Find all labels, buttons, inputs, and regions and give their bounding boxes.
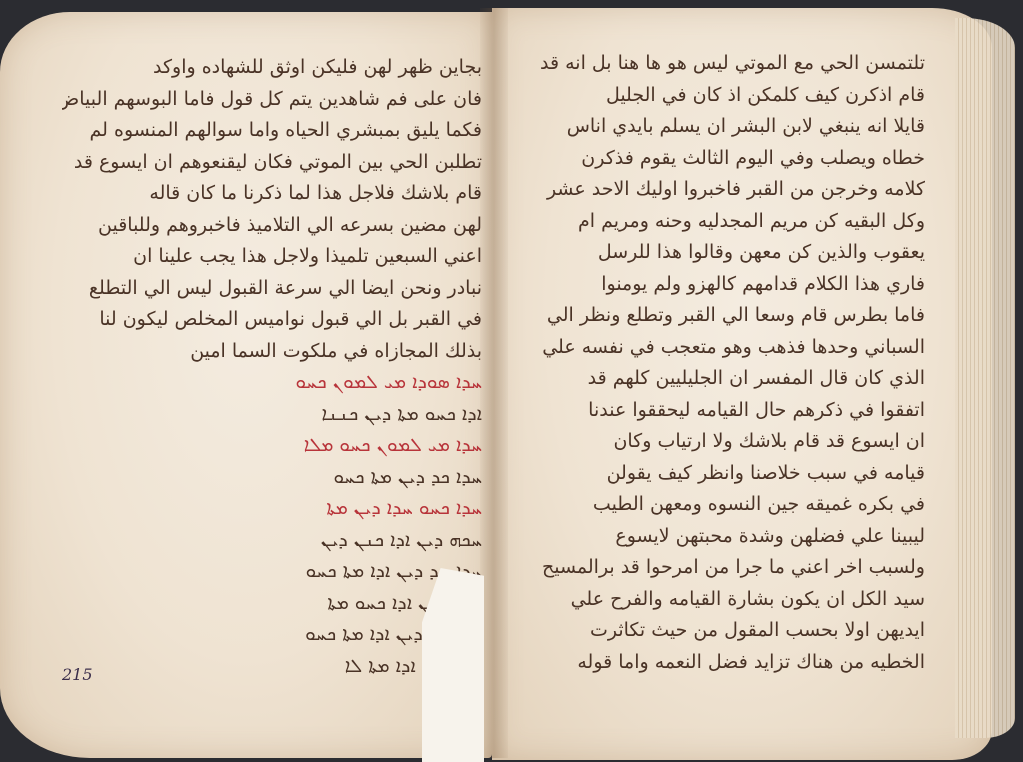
text-line: ܐܠܝ ܚܕ ܕܝܢ ܐܕܐ ܡܬܐ ܟܚܘ: [62, 619, 482, 651]
text-line: فاما بطرس قام وسعا الي القبر وتطلع ونظر …: [525, 300, 925, 332]
text-line: بذلك المجازاه في ملكوت السما امين: [62, 336, 482, 368]
text-line: قيامه في سبب خلاصنا وانظر كيف يقولن: [525, 458, 925, 490]
text-line: فاري هذا الكلام قدامهم كالهزو ولم يومنوا: [525, 269, 925, 301]
text-line: الذي كان قال المفسر ان الجليليين كلهم قد: [525, 363, 925, 395]
text-line: ܣܕܐ ܕܝܢ ܐܕܐ ܡܬܐ ܠܐ: [62, 651, 482, 683]
text-line: سيد الكل ان يكون بشارة القيامه والفرح عل…: [525, 584, 925, 616]
text-line: السباني وحدها فذهب وهو متعجب في نفسه علي: [525, 332, 925, 364]
text-line: قايلا انه ينبغي لابن البشر ان يسلم بايدي…: [525, 111, 925, 143]
text-line: ܐܕܐ ܟܚܘ ܡܬܐ ܕܝܢ ܟܢܢܐ: [62, 399, 482, 431]
text-line: ܚܕܐ ܡܝ ܠܡܘܢ ܟܚܘ ܡܠܐ: [62, 430, 482, 462]
text-line: فان على فم شاهدين يتم كل قول فاما البوسه…: [62, 84, 482, 116]
text-line: ايديهن اولا بحسب المقول من حيث تكاثرت: [525, 615, 925, 647]
text-line: بجاين ظهر لهن فليكن اوثق للشهاده واوكد: [62, 52, 482, 84]
manuscript-photo: بجاين ظهر لهن فليكن اوثق للشهاده واوكدفا…: [0, 0, 1023, 762]
text-line: تلتمسن الحي مع الموتي ليس هو ها هنا بل ا…: [525, 48, 925, 80]
text-line: تطلبن الحي بين الموتي فكان ليقنعوهم ان ا…: [62, 147, 482, 179]
text-line: يعقوب والذين كن معهن وقالوا هذا للرسل: [525, 237, 925, 269]
text-line: ܚܟܗ ܕܝܢ ܐܕܐ ܟܢܢ ܕܝܢ: [62, 525, 482, 557]
text-line: ܚܕܐ ܚܕ ܕܝܢ ܐܕܐ ܡܬܐ ܟܚܘ: [62, 556, 482, 588]
text-line: قام بلاشك فلاجل هذا لما ذكرنا ما كان قال…: [62, 178, 482, 210]
text-line: وكل البقيه كن مريم المجدليه وحنه ومريم ا…: [525, 206, 925, 238]
text-line: نبادر ونحن ايضا الي سرعة القبول ليس الي …: [62, 273, 482, 305]
text-line: الخطيه من هناك تزايد فضل النعمه واما قول…: [525, 647, 925, 679]
book-gutter: [480, 8, 508, 758]
text-line: ܚܕܐ ܟܚܘ ܚܕܐ ܕܝܢ ܡܬܐ: [62, 493, 482, 525]
left-page-text: بجاين ظهر لهن فليكن اوثق للشهاده واوكدفا…: [62, 52, 482, 682]
right-page-text: تلتمسن الحي مع الموتي ليس هو ها هنا بل ا…: [525, 48, 925, 678]
text-line: اعني السبعين تلميذا ولاجل هذا يجب علينا …: [62, 241, 482, 273]
text-line: خطاه ويصلب وفي اليوم الثالث يقوم فذكرن: [525, 143, 925, 175]
text-line: في القبر بل الي قبول نواميس المخلص ليكون…: [62, 304, 482, 336]
text-line: اتفقوا في ذكرهم حال القيامه ليحققوا عندن…: [525, 395, 925, 427]
text-line: في بكره غميقه جين النسوه ومعهن الطيب: [525, 489, 925, 521]
text-line: ولسبب اخر اعني ما جرا من امرحوا قد برالم…: [525, 552, 925, 584]
text-line: قام اذكرن كيف كلمكن اذ كان في الجليل: [525, 80, 925, 112]
paper-repair-patch: [422, 568, 484, 762]
folio-number: 215: [62, 665, 93, 684]
text-line: ان ايسوع قد قام بلاشك ولا ارتياب وكان: [525, 426, 925, 458]
text-line: فكما يليق بمبشري الحياه واما سوالهم المن…: [62, 115, 482, 147]
text-line: ܚܕܐ ܟܕ ܕܝܢ ܡܬܐ ܟܚܘ: [62, 462, 482, 494]
text-line: كلامه وخرجن من القبر فاخبروا اوليك الاحد…: [525, 174, 925, 206]
text-line: لهن مضين بسرعه الي التلاميذ فاخبروهم ولل…: [62, 210, 482, 242]
text-line: ܚܕܐ ܣܘܕܐ ܡܝ ܠܡܘܢ ܟܚܘ: [62, 367, 482, 399]
fore-edge-leaves: [955, 18, 1015, 738]
text-line: ܡܣܐ ܕܝܢ ܐܕܐ ܟܚܘ ܡܬܐ: [62, 588, 482, 620]
text-line: ليبينا علي فضلهن وشدة محبتهن لايسوع: [525, 521, 925, 553]
